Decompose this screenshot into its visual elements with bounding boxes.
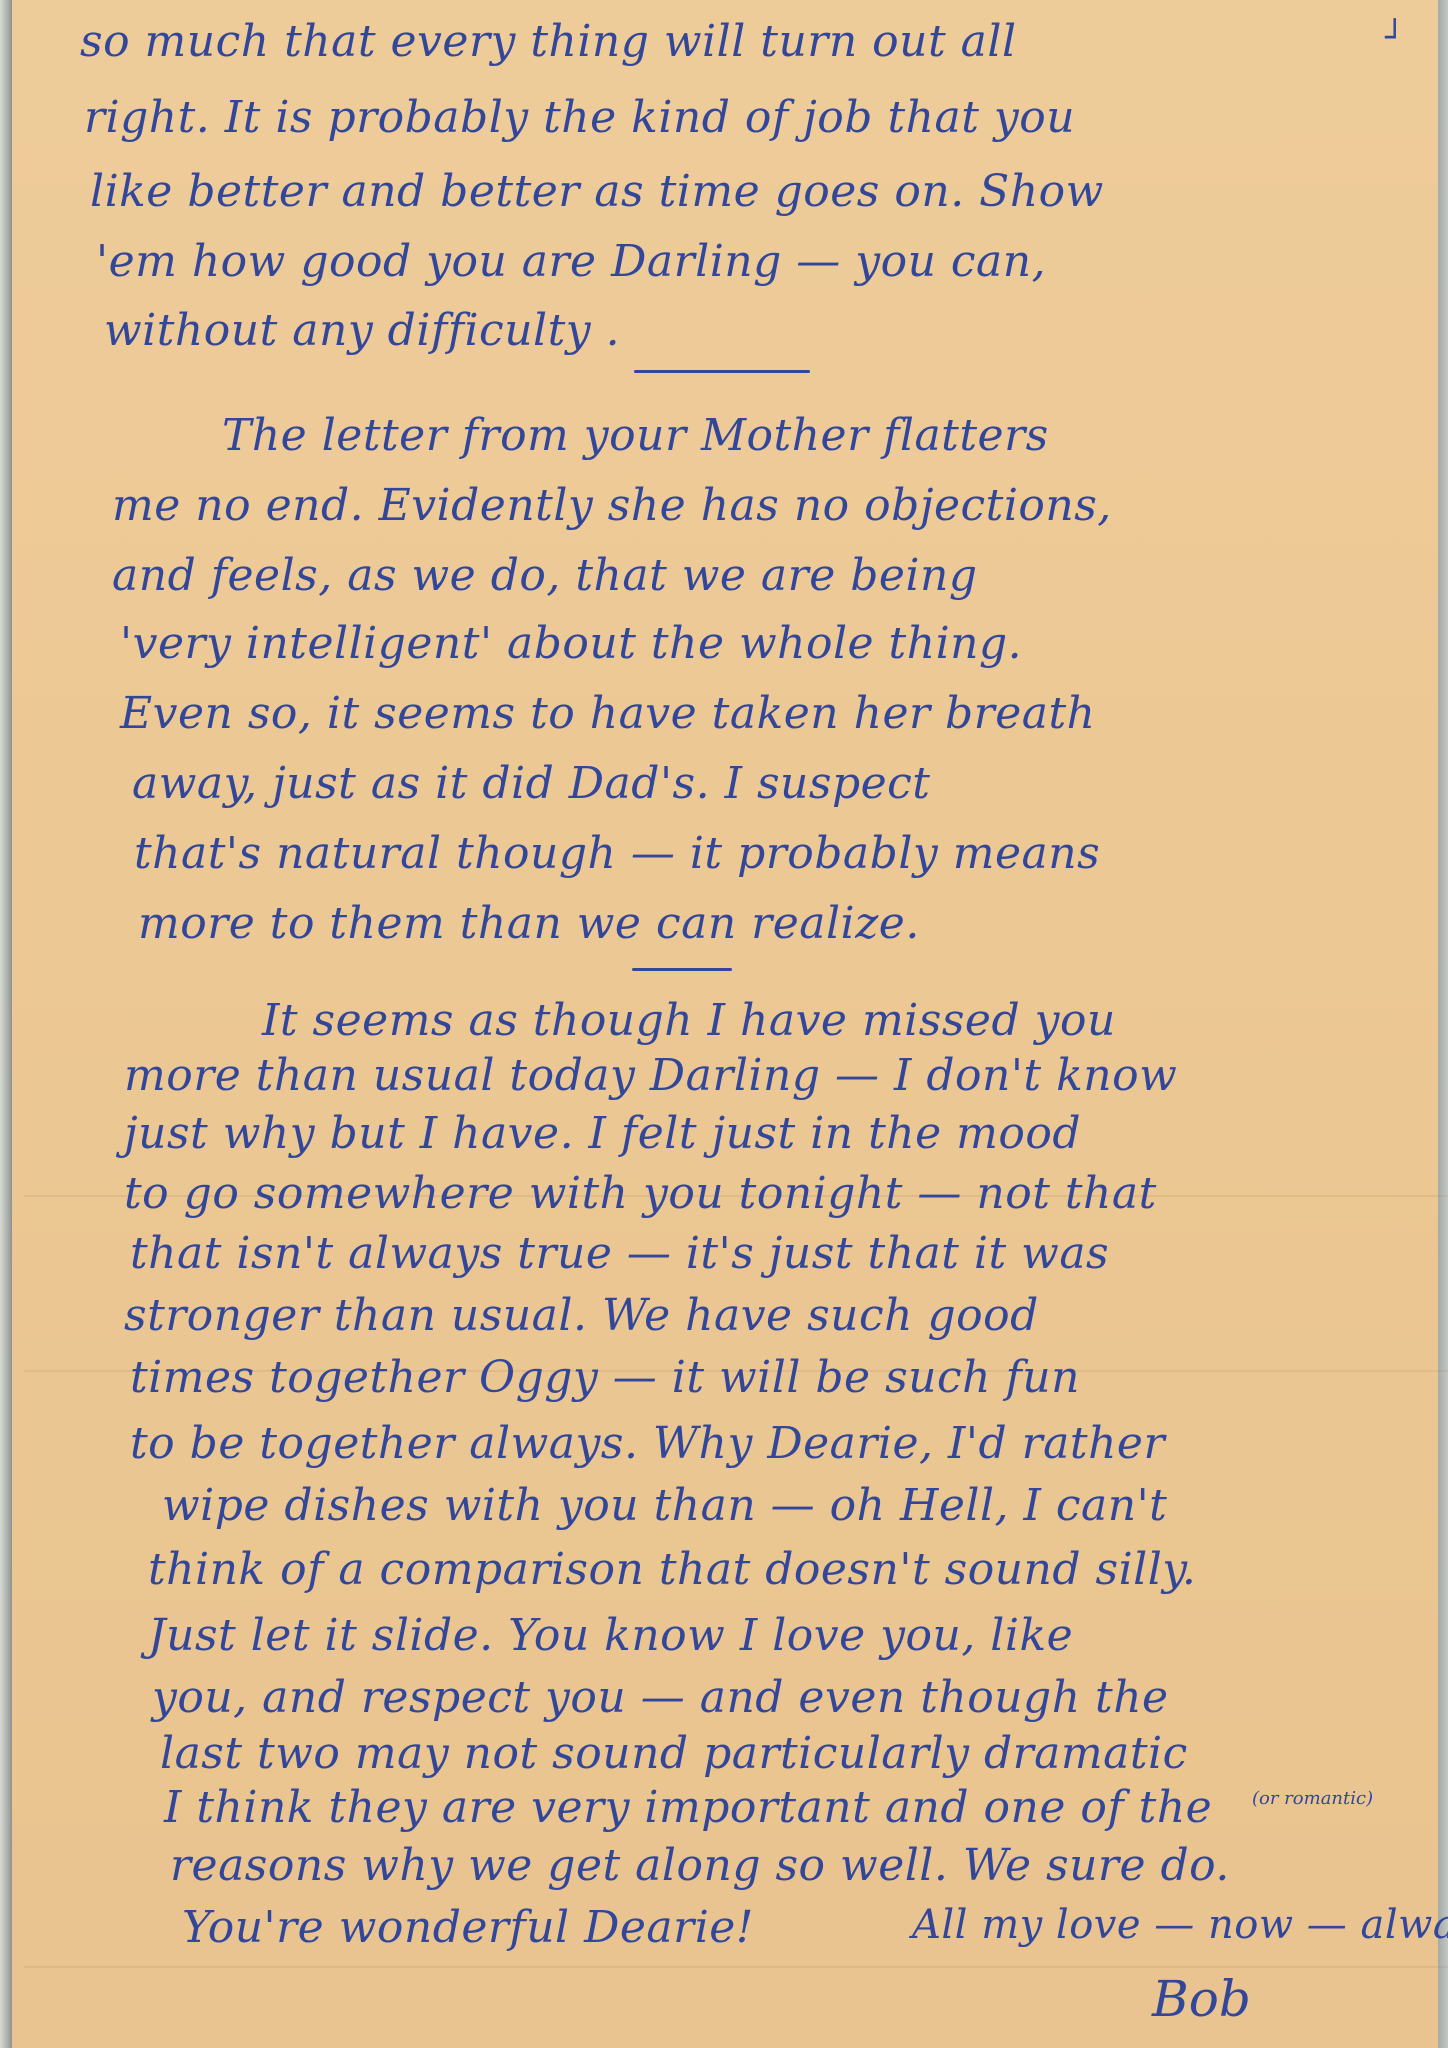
letter-page: ┘ so much that every thing will turn out… <box>12 0 1438 2048</box>
scan-edge-left <box>0 0 12 2048</box>
letter-line: like better and better as time goes on. … <box>90 166 1104 217</box>
letter-line: 'very intelligent' about the whole thing… <box>120 618 1022 669</box>
letter-line: away, just as it did Dad's. I suspect <box>132 758 931 809</box>
letter-line: I think they are very important and one … <box>164 1782 1212 1833</box>
letter-line: times together Oggy — it will be such fu… <box>130 1352 1080 1403</box>
insertion-note: (or romantic) <box>1252 1788 1373 1809</box>
scan-edge-right <box>1438 0 1448 2048</box>
letter-line: last two may not sound particularly dram… <box>160 1728 1188 1779</box>
letter-line: stronger than usual. We have such good <box>124 1290 1039 1341</box>
letter-line: so much that every thing will turn out a… <box>80 16 1017 67</box>
letter-line: 'em how good you are Darling — you can, <box>96 236 1046 287</box>
letter-line: that's natural though — it probably mean… <box>134 828 1100 879</box>
letter-line: that isn't always true — it's just that … <box>130 1228 1109 1279</box>
letter-line: right. It is probably the kind of job th… <box>84 92 1075 143</box>
letter-line: think of a comparison that doesn't sound… <box>148 1544 1196 1595</box>
letter-line: to be together always. Why Dearie, I'd r… <box>130 1418 1165 1469</box>
letter-closing: All my love — now — always, <box>912 1902 1448 1948</box>
section-divider <box>634 370 810 373</box>
letter-line: and feels, as we do, that we are being <box>112 550 978 601</box>
paper-fold-line <box>24 1966 1448 1968</box>
letter-line: It seems as though I have missed you <box>262 995 1116 1046</box>
section-divider <box>632 968 732 971</box>
letter-line: Just let it slide. You know I love you, … <box>148 1610 1073 1661</box>
letter-line: more to them than we can realize. <box>138 898 920 949</box>
letter-line: The letter from your Mother flatters <box>222 410 1049 461</box>
signature: Bob <box>1152 1970 1251 2028</box>
letter-line: without any difficulty . <box>104 305 620 356</box>
letter-line: to go somewhere with you tonight — not t… <box>124 1168 1157 1219</box>
letter-line: just why but I have. I felt just in the … <box>124 1108 1081 1159</box>
letter-line: reasons why we get along so well. We sur… <box>170 1840 1230 1891</box>
letter-line: wipe dishes with you than — oh Hell, I c… <box>162 1480 1167 1531</box>
letter-line: Even so, it seems to have taken her brea… <box>120 688 1096 739</box>
letter-line: me no end. Evidently she has no objectio… <box>112 480 1112 531</box>
letter-line: You're wonderful Dearie! <box>182 1902 754 1953</box>
letter-line: you, and respect you — and even though t… <box>152 1672 1169 1723</box>
corner-mark: ┘ <box>1385 18 1404 56</box>
letter-line: more than usual today Darling — I don't … <box>124 1050 1177 1101</box>
